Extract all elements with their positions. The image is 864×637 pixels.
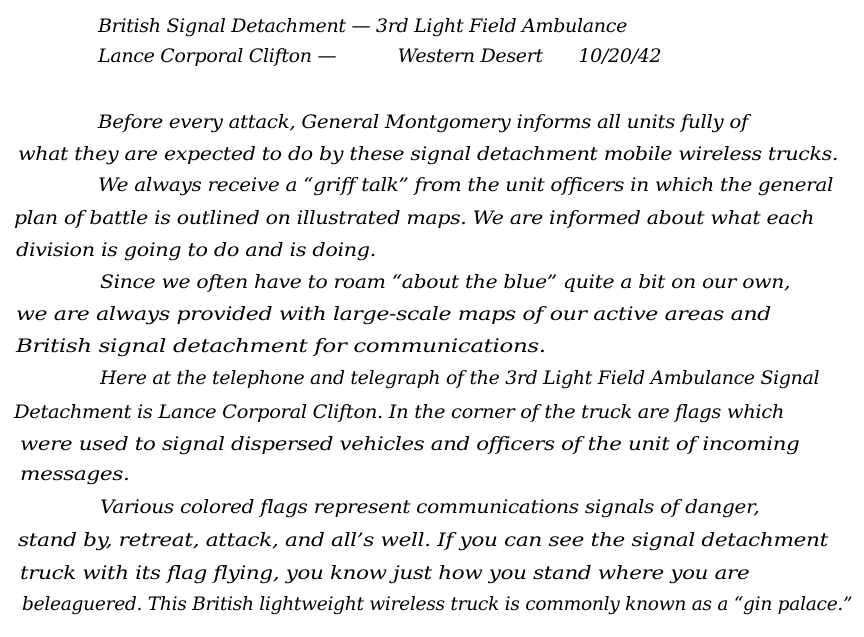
header-date: 10/20/42 bbox=[578, 45, 661, 67]
header-location: Western Desert bbox=[398, 45, 543, 67]
paragraph-1-line-1: Before every attack, General Montgomery … bbox=[98, 110, 748, 134]
handwritten-document-page: British Signal Detachment — 3rd Light Fi… bbox=[0, 0, 864, 637]
paragraph-4-line-4: messages. bbox=[20, 462, 130, 486]
paragraph-5-line-1: Various colored flags represent communic… bbox=[100, 495, 759, 519]
header-line-2: Lance Corporal Clifton — Western Desert … bbox=[98, 44, 661, 68]
paragraph-5-line-3: truck with its flag flying, you know jus… bbox=[20, 561, 749, 585]
paragraph-4-line-2: Detachment is Lance Corporal Clifton. In… bbox=[14, 400, 784, 424]
paragraph-4-line-1: Here at the telephone and telegraph of t… bbox=[100, 366, 819, 390]
paragraph-3-line-2: we are always provided with large-scale … bbox=[16, 302, 771, 326]
header-title: British Signal Detachment — 3rd Light Fi… bbox=[98, 15, 627, 37]
paragraph-1-line-2: what they are expected to do by these si… bbox=[18, 142, 838, 166]
paragraph-5-line-2: stand by, retreat, attack, and all’s wel… bbox=[18, 528, 828, 552]
paragraph-3-line-1: Since we often have to roam “about the b… bbox=[100, 270, 790, 294]
paragraph-5-line-4: beleaguered. This British lightweight wi… bbox=[22, 592, 852, 616]
paragraph-2-line-1: We always receive a “griff talk” from th… bbox=[98, 173, 833, 197]
paragraph-2-line-2: plan of battle is outlined on illustrate… bbox=[14, 206, 814, 230]
paragraph-4-line-3: were used to signal dispersed vehicles a… bbox=[20, 432, 799, 456]
header-line-1: British Signal Detachment — 3rd Light Fi… bbox=[98, 14, 668, 38]
paragraph-2-line-3: division is going to do and is doing. bbox=[16, 238, 376, 262]
paragraph-3-line-3: British signal detachment for communicat… bbox=[16, 334, 546, 358]
header-author: Lance Corporal Clifton — bbox=[98, 45, 336, 67]
